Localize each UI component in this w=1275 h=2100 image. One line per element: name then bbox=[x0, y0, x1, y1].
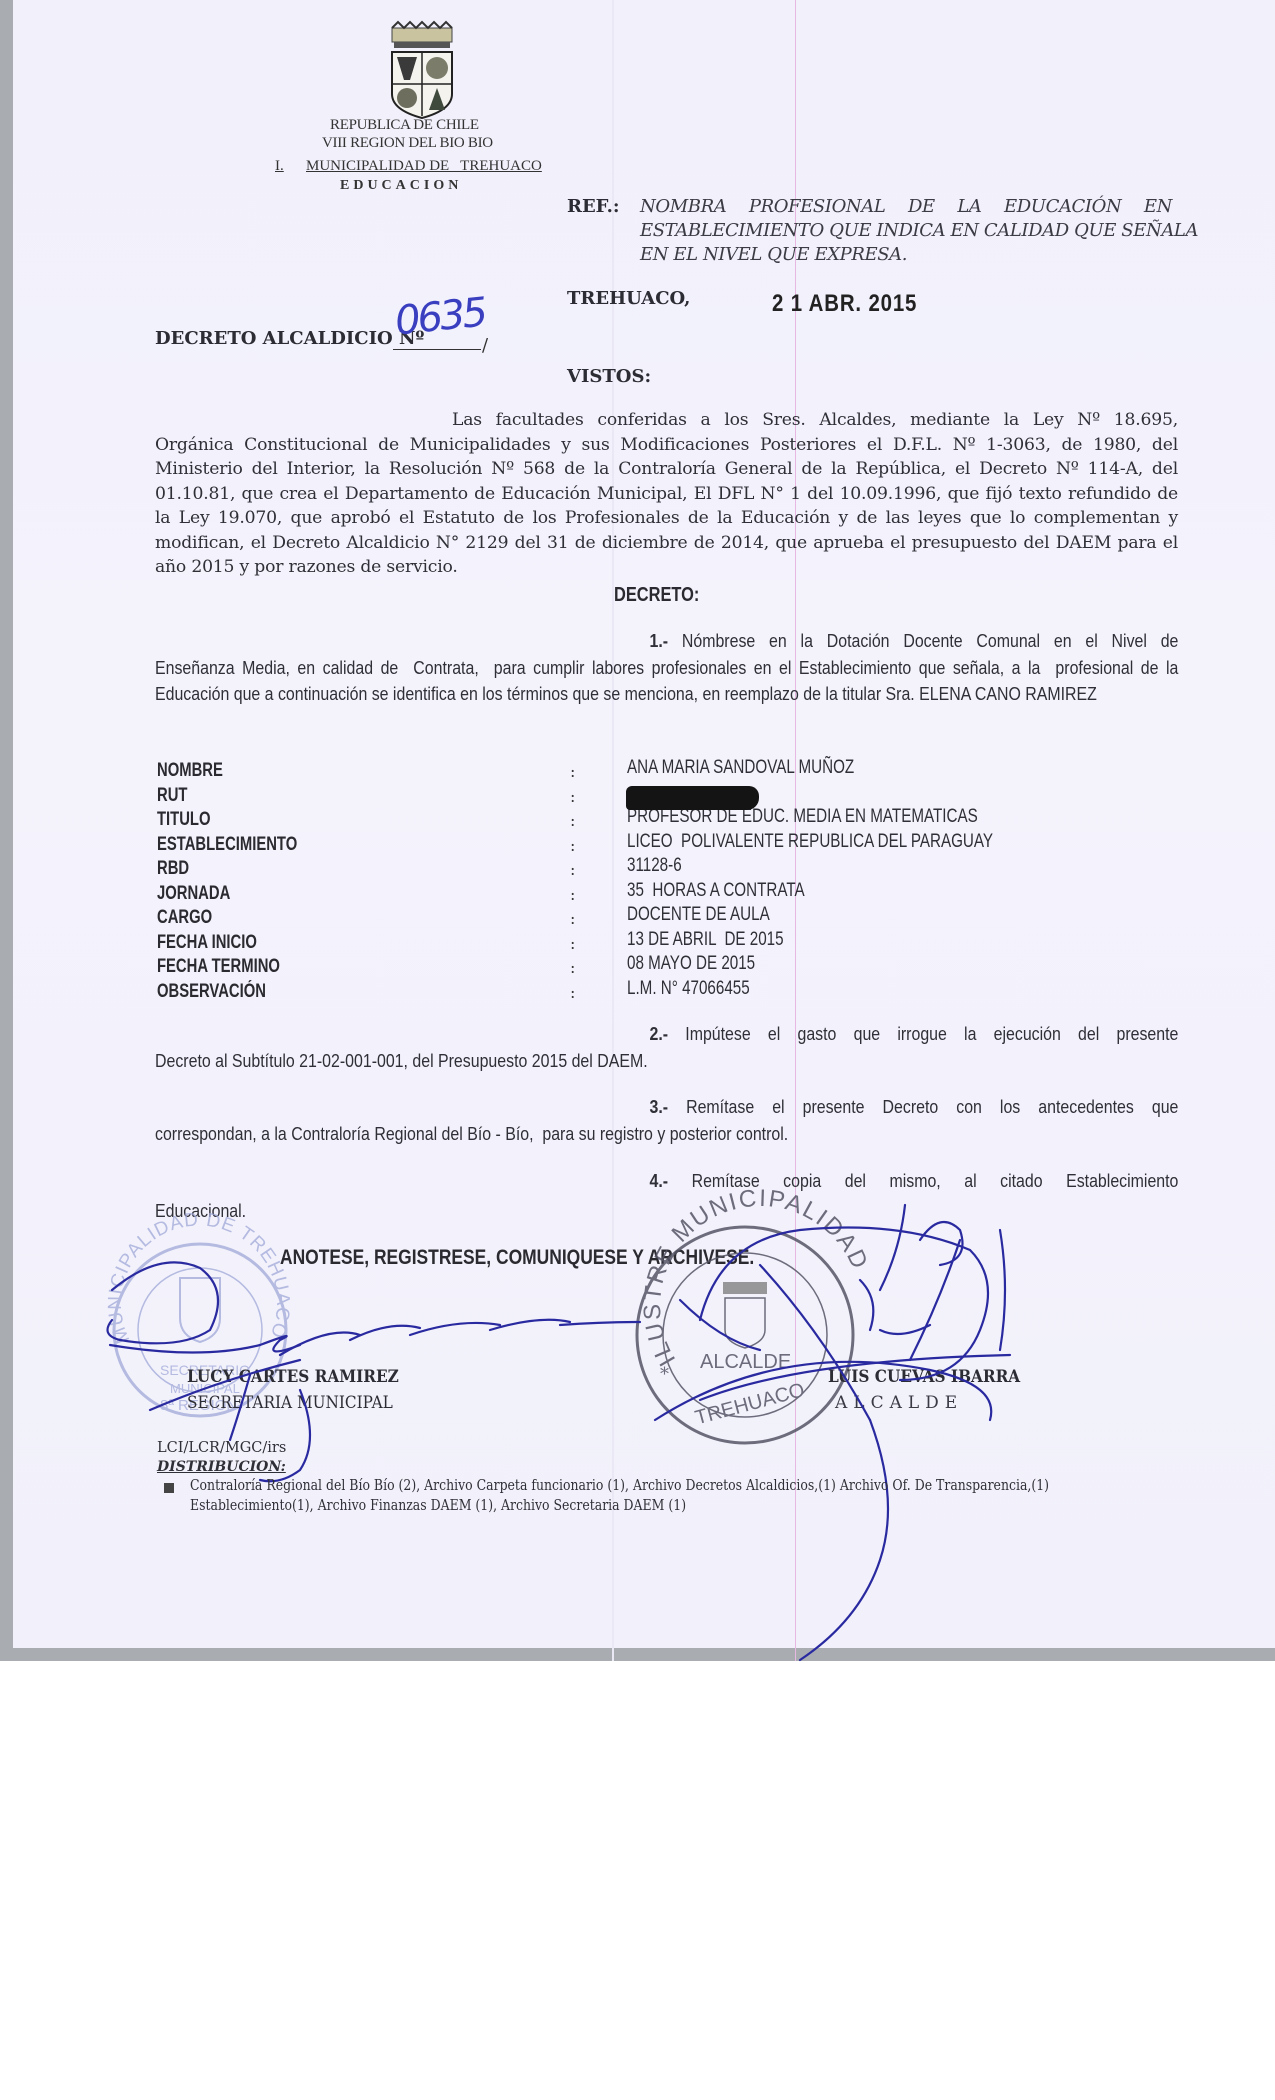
detail-label: CARGO bbox=[157, 907, 212, 929]
detail-value: 08 MAYO DE 2015 bbox=[627, 953, 755, 975]
detail-label: FECHA INICIO bbox=[157, 932, 257, 954]
redacted-rut bbox=[626, 786, 759, 810]
detail-value: 31128-6 bbox=[627, 855, 682, 877]
detail-label: RUT bbox=[157, 785, 187, 807]
fold-line bbox=[612, 0, 614, 1661]
ref-line-2: ESTABLECIMIENTO QUE INDICA EN CALIDAD QU… bbox=[640, 220, 1198, 241]
detail-value: L.M. N° 47066455 bbox=[627, 978, 750, 1000]
item-4-first-line: Remítase copia del mismo, al citado Esta… bbox=[692, 1170, 1179, 1191]
secretary-name: LUCY CARTES RAMIREZ bbox=[187, 1367, 399, 1387]
mayor-role: ALCALDE bbox=[835, 1393, 963, 1413]
decree-item-2: 2.- Impútese el gasto que irrogue la eje… bbox=[155, 1021, 1178, 1074]
decree-item-3: 3.- Remítase el presente Decreto con los… bbox=[155, 1094, 1178, 1147]
detail-label: JORNADA bbox=[157, 883, 230, 905]
secretary-role: SECRETARIA MUNICIPAL bbox=[187, 1393, 393, 1413]
item-3-first-line: Remítase el presente Decreto con los ant… bbox=[686, 1096, 1178, 1117]
ref-line-3: EN EL NIVEL QUE EXPRESA. bbox=[640, 244, 907, 265]
ref-label: REF.: bbox=[567, 196, 620, 217]
mayor-name: LUIS CUEVAS IBARRA bbox=[828, 1367, 1020, 1387]
detail-label: TITULO bbox=[157, 809, 211, 831]
header-department: EDUCACION bbox=[340, 178, 462, 194]
date-stamp: 2 1 ABR. 2015 bbox=[772, 290, 917, 318]
vistos-paragraph: Las facultades conferidas a los Sres. Al… bbox=[155, 408, 1178, 580]
detail-separator: : bbox=[570, 860, 575, 879]
item-4-number: 4.- bbox=[650, 1170, 669, 1191]
decree-item-1: 1.- Nómbrese en la Dotación Docente Comu… bbox=[155, 628, 1178, 708]
detail-separator: : bbox=[570, 934, 575, 953]
detail-label: NOMBRE bbox=[157, 760, 223, 782]
bullet-icon bbox=[164, 1483, 174, 1493]
item-1-text: Enseñanza Media, en calidad de Contrata,… bbox=[155, 655, 1178, 708]
detail-label: RBD bbox=[157, 858, 189, 880]
decreto-heading: DECRETO: bbox=[614, 584, 699, 607]
detail-label: ESTABLECIMIENTO bbox=[157, 834, 297, 856]
vistos-first-line: Las facultades conferidas a los Sres. Al… bbox=[155, 408, 1178, 433]
header-region: VIII REGION DEL BIO BIO bbox=[322, 135, 493, 152]
decree-number-label: DECRETO ALCALDICIO Nº bbox=[155, 328, 424, 349]
detail-value: ANA MARIA SANDOVAL MUÑOZ bbox=[627, 757, 854, 779]
item-2-first-line: Impútese el gasto que irrogue la ejecuci… bbox=[685, 1023, 1178, 1044]
detail-value: DOCENTE DE AULA bbox=[627, 904, 770, 926]
item-2-number: 2.- bbox=[650, 1023, 669, 1044]
item-4-text: Educacional. bbox=[155, 1196, 1178, 1226]
item-1-number: 1.- bbox=[650, 630, 669, 651]
detail-separator: : bbox=[570, 836, 575, 855]
detail-separator: : bbox=[570, 811, 575, 830]
detail-label: FECHA TERMINO bbox=[157, 956, 280, 978]
item-3-text: correspondan, a la Contraloría Regional … bbox=[155, 1121, 1178, 1148]
detail-separator: : bbox=[570, 983, 575, 1002]
detail-value: 35 HORAS A CONTRATA bbox=[627, 880, 805, 902]
header-country: REPUBLICA DE CHILE bbox=[330, 117, 479, 134]
ref-line-1: NOMBRA PROFESIONAL DE LA EDUCACIÓN EN bbox=[640, 196, 1172, 217]
detail-separator: : bbox=[570, 787, 575, 806]
item-2-text: Decreto al Subtítulo 21-02-001-001, del … bbox=[155, 1048, 1178, 1075]
detail-value: 13 DE ABRIL DE 2015 bbox=[627, 929, 784, 951]
decree-number-slash: / bbox=[482, 335, 488, 356]
decree-item-4: 4.- Remítase copia del mismo, al citado … bbox=[155, 1166, 1178, 1226]
item-3-number: 3.- bbox=[650, 1096, 669, 1117]
detail-separator: : bbox=[570, 885, 575, 904]
header-municipality-prefix: I. bbox=[275, 158, 284, 175]
distribution-line-1: Contraloría Regional del Bío Bío (2), Ar… bbox=[190, 1478, 1049, 1494]
initials: LCI/LCR/MGC/irs bbox=[157, 1440, 286, 1456]
handwritten-decree-number: 0635 bbox=[393, 289, 487, 344]
item-1-first-line: Nómbrese en la Dotación Docente Comunal … bbox=[682, 630, 1179, 651]
header-municipality: MUNICIPALIDAD DE TREHUACO bbox=[306, 158, 542, 175]
distribution-label: DISTRIBUCION: bbox=[157, 1459, 286, 1475]
vistos-body: Orgánica Constitucional de Municipalidad… bbox=[155, 433, 1178, 580]
detail-separator: : bbox=[570, 958, 575, 977]
detail-value: LICEO POLIVALENTE REPUBLICA DEL PARAGUAY bbox=[627, 831, 993, 853]
detail-label: OBSERVACIÓN bbox=[157, 981, 266, 1003]
detail-separator: : bbox=[570, 909, 575, 928]
detail-separator: : bbox=[570, 762, 575, 781]
closing-formula: ANOTESE, REGISTRESE, COMUNIQUESE Y ARCHI… bbox=[280, 1246, 754, 1270]
distribution-line-2: Establecimiento(1), Archivo Finanzas DAE… bbox=[190, 1498, 686, 1514]
decree-number-underline bbox=[393, 349, 481, 350]
place: TREHUACO, bbox=[567, 288, 690, 309]
vistos-heading: VISTOS: bbox=[567, 366, 651, 387]
